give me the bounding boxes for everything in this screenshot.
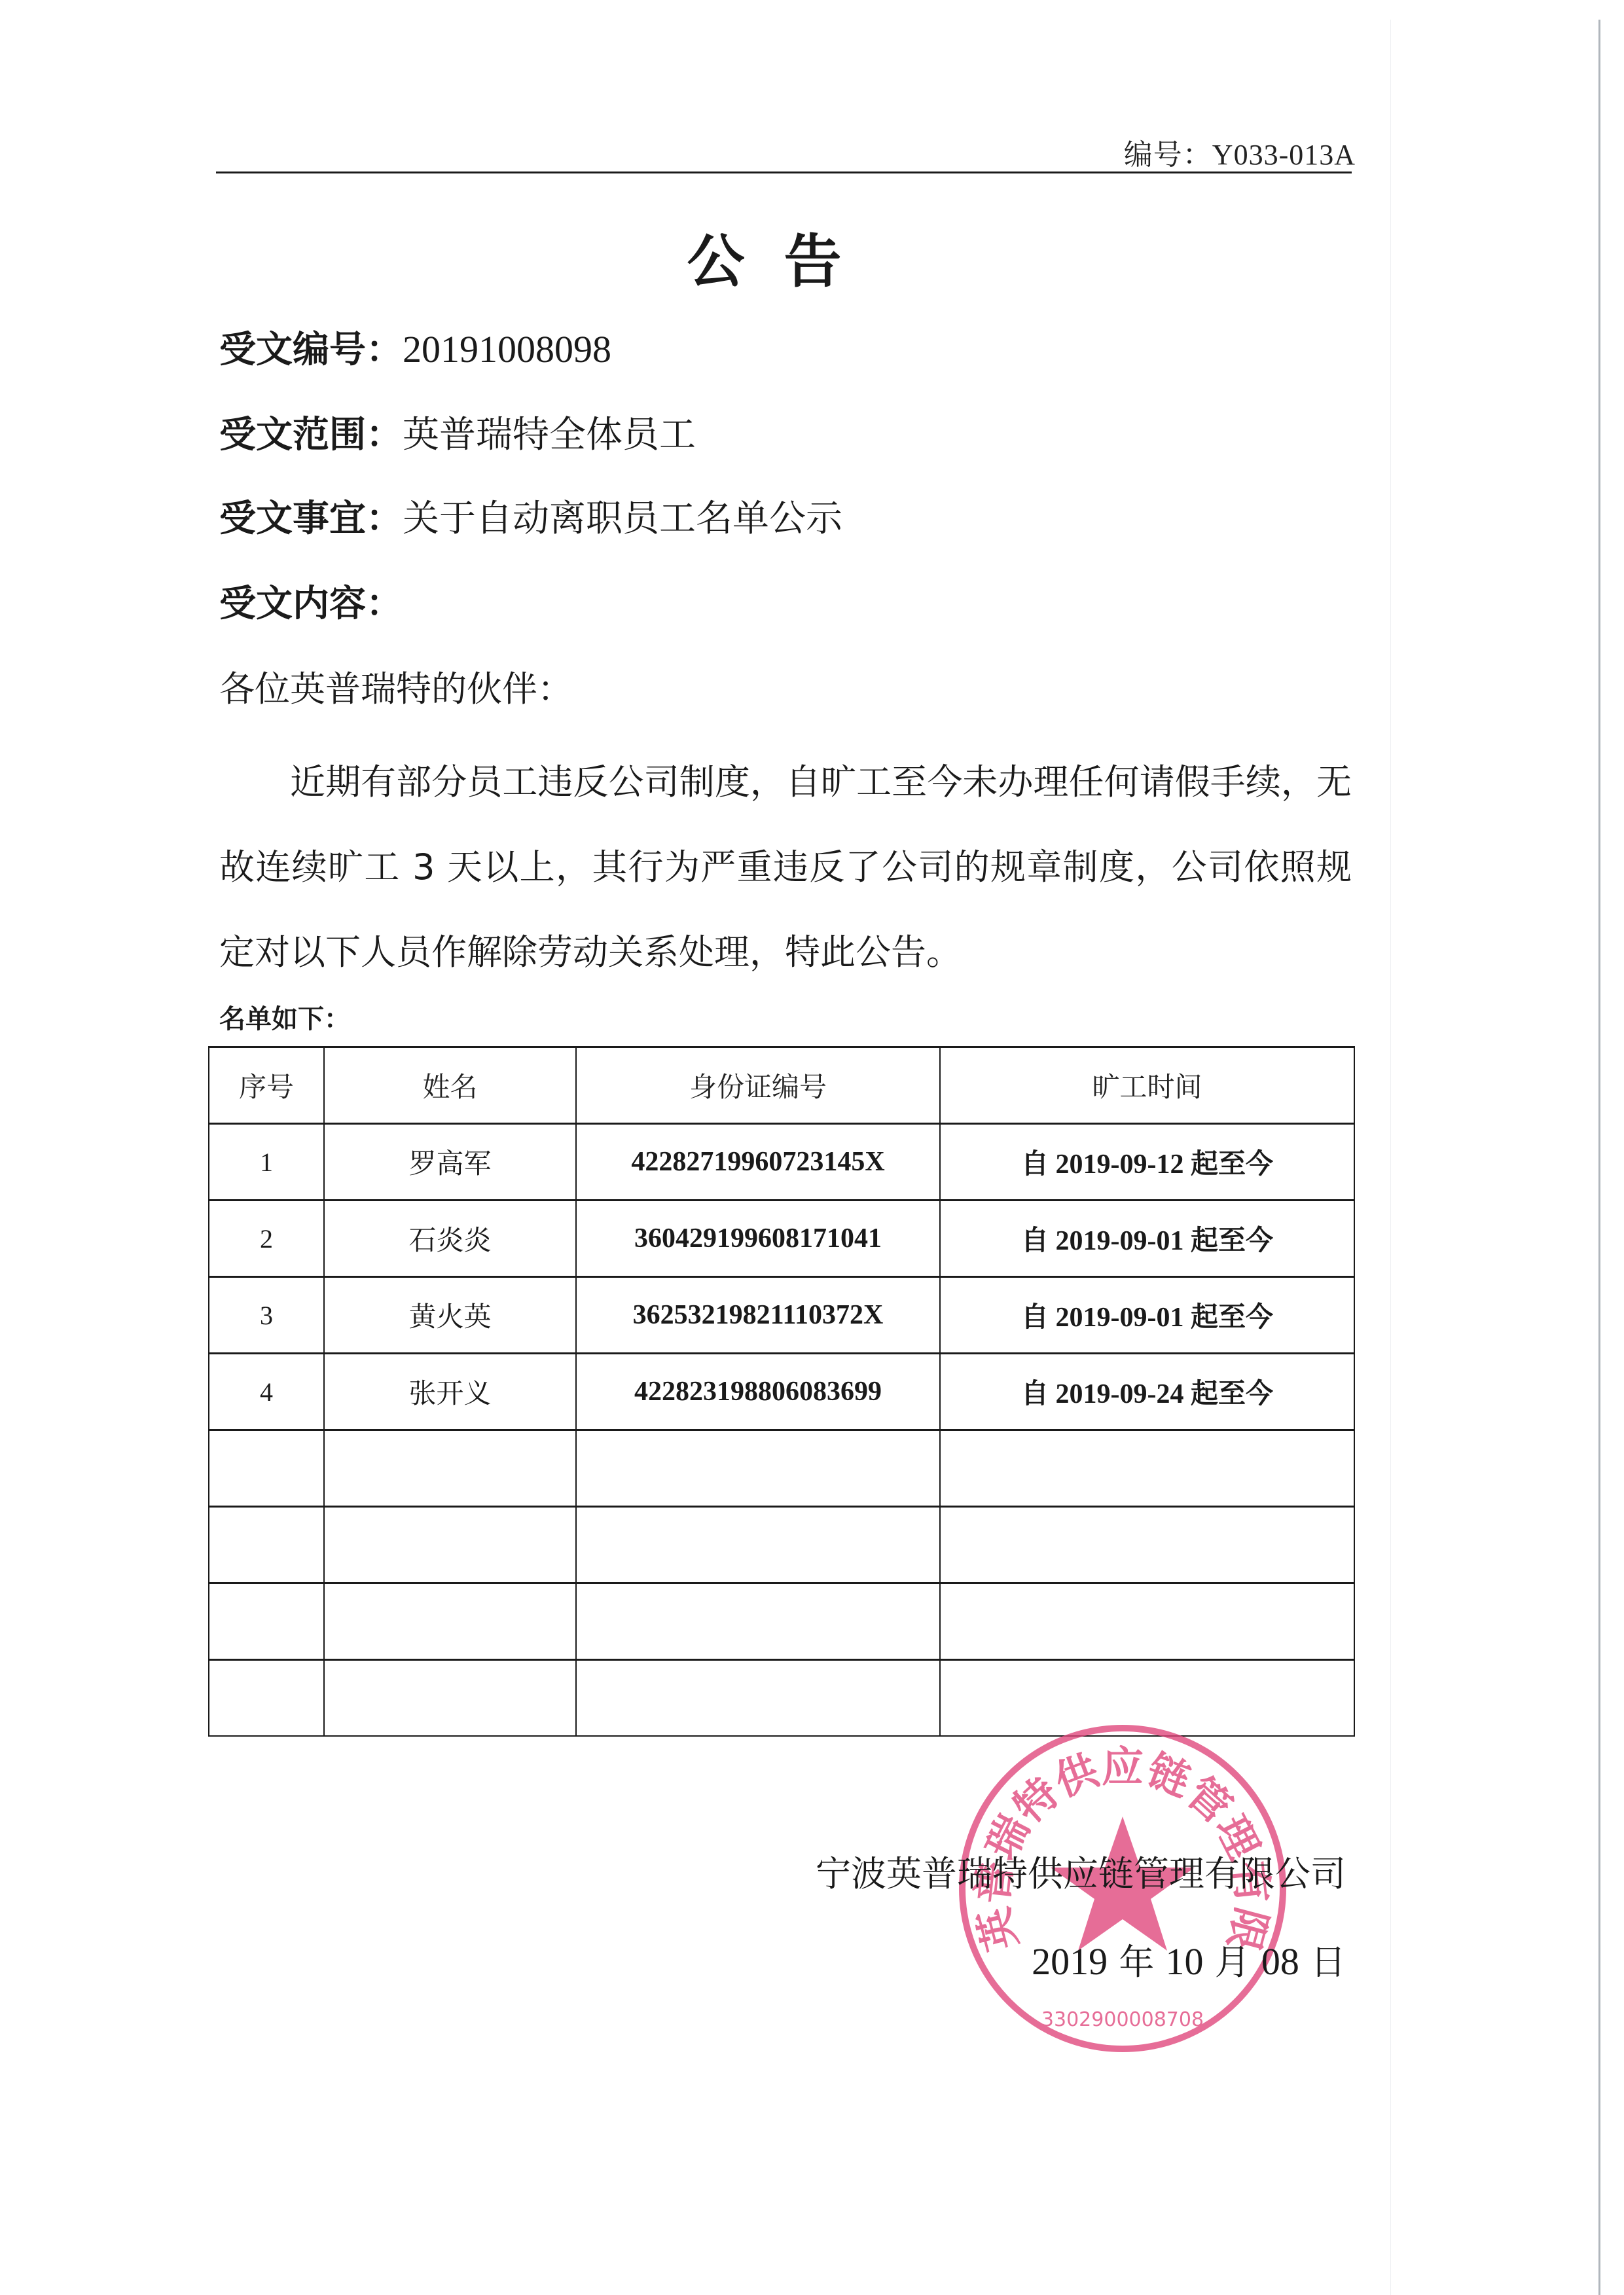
field-ref-no: 受文编号：20191008098 [219, 321, 611, 373]
cell-empty [576, 1507, 940, 1583]
cell-seq: 3 [209, 1277, 324, 1354]
seal-text: 宁波英普瑞特供应链管理有限公司 [952, 1718, 1276, 1955]
time-suffix: 起至今 [1191, 1377, 1273, 1409]
cell-empty [940, 1430, 1354, 1507]
cell-name: 罗高军 [324, 1124, 576, 1201]
list-label: 名单如下： [219, 998, 350, 1036]
signature-company: 宁波英普瑞特供应链管理有限公司 [816, 1846, 1346, 1896]
scan-artifact-line [1390, 20, 1391, 2295]
time-prefix: 自 [1021, 1224, 1049, 1256]
date-year: 2019 [1032, 1940, 1108, 1983]
time-prefix: 自 [1021, 1147, 1049, 1180]
table-row-empty [209, 1583, 1354, 1660]
signature-date: 2019 年 10 月 08 日 [1032, 1934, 1346, 1985]
field-scope-value: 英普瑞特全体员工 [403, 414, 696, 456]
cell-empty [209, 1583, 324, 1660]
cell-empty [940, 1507, 1354, 1583]
document-number: 编号：Y033-013A [1124, 131, 1356, 173]
time-date: 2019-09-12 [1056, 1149, 1184, 1180]
field-content: 受文内容： [219, 575, 403, 627]
employee-table: 序号 姓名 身份证编号 旷工时间 1 罗高军 42282719960723145… [208, 1046, 1355, 1737]
time-prefix: 自 [1021, 1377, 1049, 1409]
time-suffix: 起至今 [1191, 1301, 1273, 1333]
cell-id-no: 360429199608171041 [576, 1201, 940, 1277]
header-divider [216, 172, 1352, 173]
date-year-unit: 年 [1119, 1942, 1154, 1983]
table-row: 2 石炎炎 360429199608171041 自 2019-09-01 起至… [209, 1201, 1354, 1277]
scan-edge [1598, 20, 1600, 2295]
cell-name: 张开义 [324, 1354, 576, 1430]
document-number-value: Y033-013A [1212, 139, 1356, 171]
cell-empty [576, 1583, 940, 1660]
date-month-unit: 月 [1215, 1942, 1250, 1983]
cell-empty [324, 1430, 576, 1507]
cell-empty [209, 1430, 324, 1507]
seal-code: 3302900008708 [1041, 2008, 1204, 2031]
table-row: 4 张开义 422823198806083699 自 2019-09-24 起至… [209, 1354, 1354, 1430]
date-day: 08 [1261, 1940, 1299, 1983]
cell-empty [576, 1660, 940, 1737]
time-date: 2019-09-01 [1056, 1226, 1184, 1256]
table-header-row: 序号 姓名 身份证编号 旷工时间 [209, 1047, 1354, 1124]
time-date: 2019-09-24 [1056, 1379, 1184, 1409]
time-prefix: 自 [1021, 1301, 1049, 1333]
cell-absence-time: 自 2019-09-01 起至今 [940, 1277, 1354, 1354]
cell-absence-time: 自 2019-09-24 起至今 [940, 1354, 1354, 1430]
cell-empty [940, 1583, 1354, 1660]
field-subject-label: 受文事宜： [219, 497, 403, 540]
cell-id-no: 36253219821110372X [576, 1277, 940, 1354]
header-name: 姓名 [324, 1047, 576, 1124]
greeting: 各位英普瑞特的伙伴： [219, 661, 573, 712]
header-absence-time: 旷工时间 [940, 1047, 1354, 1124]
cell-empty [940, 1660, 1354, 1737]
table-row-empty [209, 1507, 1354, 1583]
cell-name: 石炎炎 [324, 1201, 576, 1277]
field-subject: 受文事宜：关于自动离职员工名单公示 [219, 490, 842, 542]
field-ref-no-value: 20191008098 [403, 328, 611, 370]
time-date: 2019-09-01 [1056, 1303, 1184, 1333]
table-row: 3 黄火英 36253219821110372X 自 2019-09-01 起至… [209, 1277, 1354, 1354]
time-suffix: 起至今 [1191, 1147, 1273, 1180]
document-page: 编号：Y033-013A 公告 受文编号：20191008098 受文范围：英普… [0, 0, 1624, 2295]
field-scope: 受文范围：英普瑞特全体员工 [219, 406, 696, 458]
cell-seq: 2 [209, 1201, 324, 1277]
cell-empty [324, 1583, 576, 1660]
cell-name: 黄火英 [324, 1277, 576, 1354]
table-row: 1 罗高军 42282719960723145X 自 2019-09-12 起至… [209, 1124, 1354, 1201]
field-ref-no-label: 受文编号： [219, 329, 403, 371]
cell-seq: 4 [209, 1354, 324, 1430]
field-subject-value: 关于自动离职员工名单公示 [403, 497, 842, 540]
cell-id-no: 422823198806083699 [576, 1354, 940, 1430]
date-month: 10 [1165, 1940, 1203, 1983]
svg-text:宁波英普瑞特供应链管理有限公司: 宁波英普瑞特供应链管理有限公司 [952, 1718, 1276, 1955]
cell-empty [576, 1430, 940, 1507]
table-row-empty [209, 1660, 1354, 1737]
cell-absence-time: 自 2019-09-01 起至今 [940, 1201, 1354, 1277]
cell-empty [324, 1660, 576, 1737]
table-row-empty [209, 1430, 1354, 1507]
cell-empty [209, 1507, 324, 1583]
header-seq: 序号 [209, 1047, 324, 1124]
cell-id-no: 42282719960723145X [576, 1124, 940, 1201]
page-title: 公告 [0, 216, 1568, 298]
cell-empty [324, 1507, 576, 1583]
field-content-label: 受文内容： [219, 583, 403, 625]
field-scope-label: 受文范围： [219, 414, 403, 456]
cell-absence-time: 自 2019-09-12 起至今 [940, 1124, 1354, 1201]
date-day-unit: 日 [1310, 1942, 1346, 1983]
header-id-no: 身份证编号 [576, 1047, 940, 1124]
time-suffix: 起至今 [1191, 1224, 1273, 1256]
cell-empty [209, 1660, 324, 1737]
body-paragraph: 近期有部分员工违反公司制度，自旷工至今未办理任何请假手续，无故连续旷工 3 天以… [219, 740, 1352, 995]
cell-seq: 1 [209, 1124, 324, 1201]
document-number-label: 编号： [1124, 139, 1212, 171]
